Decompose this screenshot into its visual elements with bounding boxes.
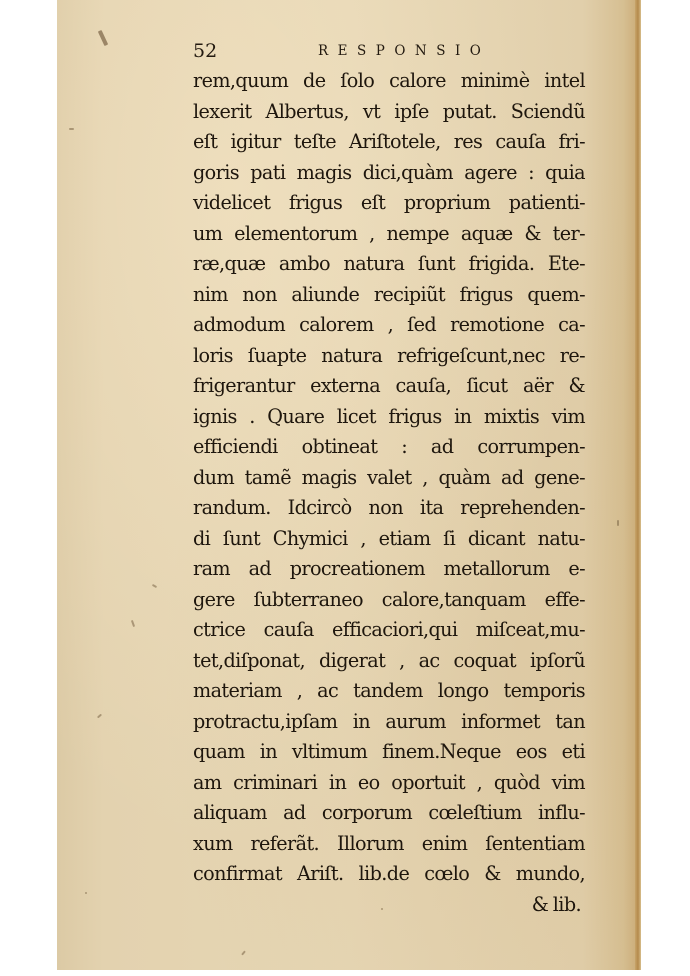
body-text: rem,quum de ſolo calore minimè intel lex… bbox=[193, 66, 585, 920]
ink-speck bbox=[131, 620, 135, 627]
text-line: ræ,quæ ambo natura ſunt frigida. Ete- bbox=[193, 249, 585, 280]
text-line: loris ſuapte natura refrigeſcunt,nec re- bbox=[193, 341, 585, 372]
running-head: RESPONSIO bbox=[318, 43, 490, 59]
ink-speck bbox=[97, 714, 102, 719]
text-line: confirmat Ariſt. lib.de cœlo & mundo, bbox=[193, 859, 585, 890]
ink-speck bbox=[152, 584, 157, 588]
text-line: ctrice cauſa efficaciori,qui miſceat,mu- bbox=[193, 615, 585, 646]
text-line: aliquam ad corporum cœleſtium influ- bbox=[193, 798, 585, 829]
text-line: am criminari in eo oportuit , quòd vim bbox=[193, 768, 585, 799]
text-line: frigerantur externa cauſa, ſicut aër & bbox=[193, 371, 585, 402]
text-line: gere ſubterraneo calore,tanquam effe- bbox=[193, 585, 585, 616]
text-line: randum. Idcircò non ita reprehenden- bbox=[193, 493, 585, 524]
text-line: um elementorum , nempe aquæ & ter- bbox=[193, 219, 585, 250]
text-line: rem,quum de ſolo calore minimè intel bbox=[193, 66, 585, 97]
text-line: admodum calorem , ſed remotione ca- bbox=[193, 310, 585, 341]
text-line: videlicet frigus eſt proprium patienti- bbox=[193, 188, 585, 219]
ink-speck bbox=[241, 950, 246, 955]
ink-speck bbox=[85, 892, 87, 894]
ink-speck bbox=[98, 30, 108, 46]
ink-speck bbox=[617, 520, 619, 526]
text-line: eſt igitur teſte Ariſtotele, res cauſa f… bbox=[193, 127, 585, 158]
text-line: nim non aliunde recipiũt frigus quem- bbox=[193, 280, 585, 311]
text-line: xum referãt. Illorum enim ſententiam bbox=[193, 829, 585, 860]
text-line: di ſunt Chymici , etiam ſi dicant natu- bbox=[193, 524, 585, 555]
text-line: goris pati magis dici,quàm agere : quia bbox=[193, 158, 585, 189]
text-line: quam in vltimum finem.Neque eos eti bbox=[193, 737, 585, 768]
text-line: materiam , ac tandem longo temporis bbox=[193, 676, 585, 707]
ink-speck bbox=[69, 128, 74, 130]
text-line: lexerit Albertus, vt ipſe putat. Sciendũ bbox=[193, 97, 585, 128]
text-line: efficiendi obtineat : ad corrumpen- bbox=[193, 432, 585, 463]
page-edge bbox=[635, 0, 641, 970]
text-line: protractu,ipſam in aurum informet tan bbox=[193, 707, 585, 738]
text-line: ignis . Quare licet frigus in mixtis vim bbox=[193, 402, 585, 433]
page-number: 52 bbox=[193, 40, 217, 62]
text-line: ram ad procreationem metallorum e- bbox=[193, 554, 585, 585]
catchword: & lib. bbox=[193, 890, 585, 921]
book-page: 52 RESPONSIO rem,quum de ſolo calore min… bbox=[57, 0, 641, 970]
page-header: 52 RESPONSIO bbox=[193, 38, 583, 68]
text-line: dum tamẽ magis valet , quàm ad gene- bbox=[193, 463, 585, 494]
text-line: tet,diſponat, digerat , ac coquat ipſorũ bbox=[193, 646, 585, 677]
